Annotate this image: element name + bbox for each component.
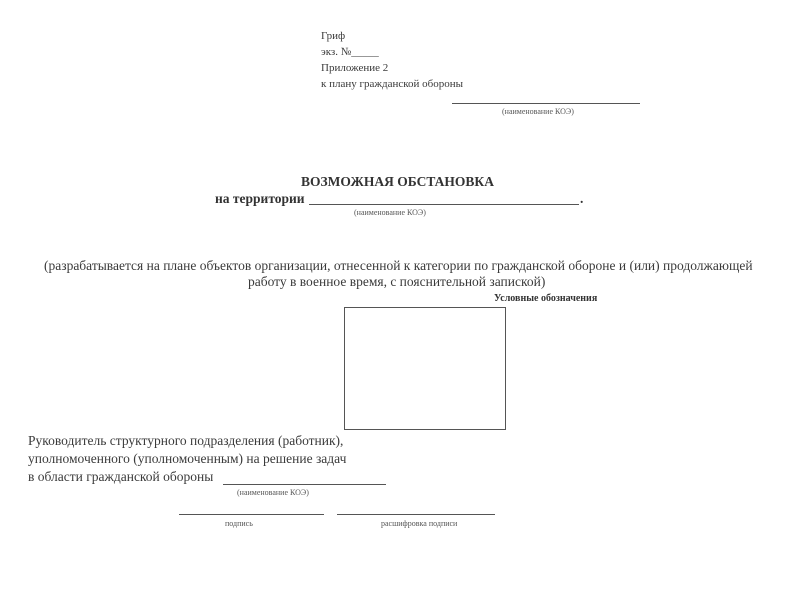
description-line-2: работу в военное время, с пояснительной … bbox=[248, 274, 545, 290]
signatory-line-1: Руководитель структурного подразделения … bbox=[28, 433, 343, 449]
signatory-line-3: в области гражданской обороны bbox=[28, 469, 213, 485]
signatory-koe-field-line[interactable] bbox=[223, 484, 386, 485]
document-title: ВОЗМОЖНАЯ ОБСТАНОВКА bbox=[301, 174, 494, 190]
territory-label: на территории bbox=[215, 191, 305, 207]
signature-decoding-caption: расшифровка подписи bbox=[381, 519, 457, 528]
header-koe-field-line[interactable] bbox=[452, 103, 640, 104]
copy-number-label: экз. №_____ bbox=[321, 44, 379, 60]
plan-reference-label: к плану гражданской обороны bbox=[321, 76, 463, 92]
legend-label: Условные обозначения bbox=[494, 293, 597, 304]
classification-label: Гриф bbox=[321, 28, 345, 44]
territory-period: . bbox=[580, 191, 583, 207]
signatory-koe-caption: (наименование КОЭ) bbox=[237, 488, 309, 497]
signature-decoding-field-line[interactable] bbox=[337, 514, 495, 515]
description-line-1: (разрабатывается на плане объектов орган… bbox=[44, 258, 753, 274]
legend-box bbox=[344, 307, 506, 430]
appendix-label: Приложение 2 bbox=[321, 60, 388, 76]
header-koe-caption: (наименование КОЭ) bbox=[502, 107, 574, 116]
territory-koe-caption: (наименование КОЭ) bbox=[354, 208, 426, 217]
signatory-line-2: уполномоченного (уполномоченным) на реше… bbox=[28, 451, 346, 467]
signature-caption: подпись bbox=[225, 519, 253, 528]
signature-field-line[interactable] bbox=[179, 514, 324, 515]
territory-field-line[interactable] bbox=[309, 204, 579, 205]
